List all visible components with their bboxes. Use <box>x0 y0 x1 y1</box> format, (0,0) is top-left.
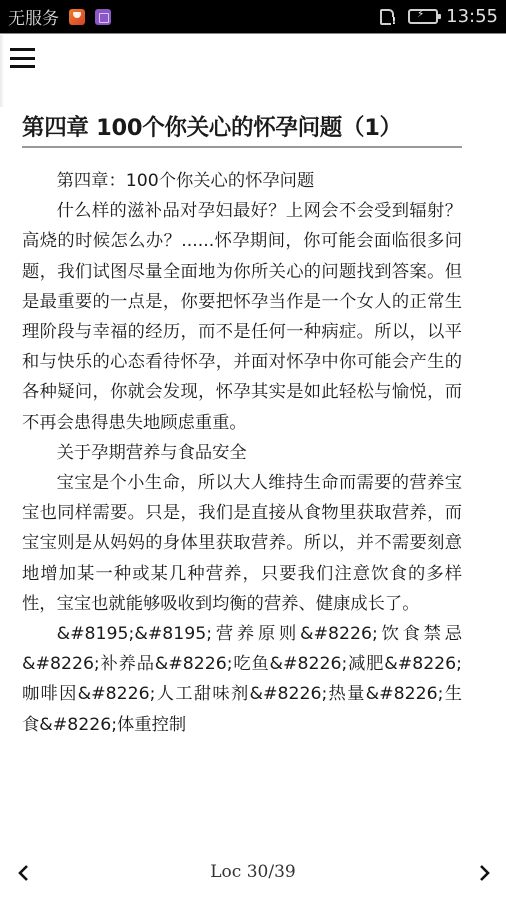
purple-app-notification-icon <box>95 9 111 25</box>
location-indicator: Loc 30/39 <box>0 862 506 882</box>
orange-app-notification-icon <box>69 9 85 25</box>
paragraph: 什么样的滋补品对孕妇最好？上网会不会受到辐射？高烧的时候怎么办？......怀孕… <box>22 196 462 438</box>
chapter-body: 第四章：100个你关心的怀孕问题 什么样的滋补品对孕妇最好？上网会不会受到辐射？… <box>22 166 462 740</box>
clock: 13:55 <box>446 6 498 27</box>
battery-charging-icon: ⚡ <box>408 9 438 24</box>
menu-line <box>10 57 35 60</box>
paragraph: 宝宝是个小生命，所以大人维持生命而需要的营养宝宝也同样需要。只是，我们是直接从食… <box>22 468 462 619</box>
status-left: 无服务 <box>8 4 111 29</box>
chevron-right-icon[interactable] <box>474 861 494 885</box>
bottom-navigation: Loc 30/39 <box>0 855 506 895</box>
chapter-title: 第四章 100个你关心的怀孕问题（1） <box>22 110 462 148</box>
app-bar <box>0 35 506 97</box>
status-bar: 无服务 ⚡ 13:55 <box>0 0 506 34</box>
sim-card-alert-icon <box>380 9 394 25</box>
paragraph: 关于孕期营养与食品安全 <box>22 438 462 468</box>
paragraph: &#8195;&#8195;营养原则&#8226;饮食禁忌&#8226;补养品&… <box>22 619 462 740</box>
paragraph: 第四章：100个你关心的怀孕问题 <box>22 166 462 196</box>
hamburger-menu-icon[interactable] <box>10 47 36 69</box>
reader-content[interactable]: 第四章 100个你关心的怀孕问题（1） 第四章：100个你关心的怀孕问题 什么样… <box>22 110 462 740</box>
carrier-label: 无服务 <box>8 4 59 29</box>
charging-bolt-icon: ⚡ <box>417 9 424 20</box>
menu-line <box>10 65 35 68</box>
status-right: ⚡ 13:55 <box>380 6 498 27</box>
menu-line <box>10 48 35 51</box>
